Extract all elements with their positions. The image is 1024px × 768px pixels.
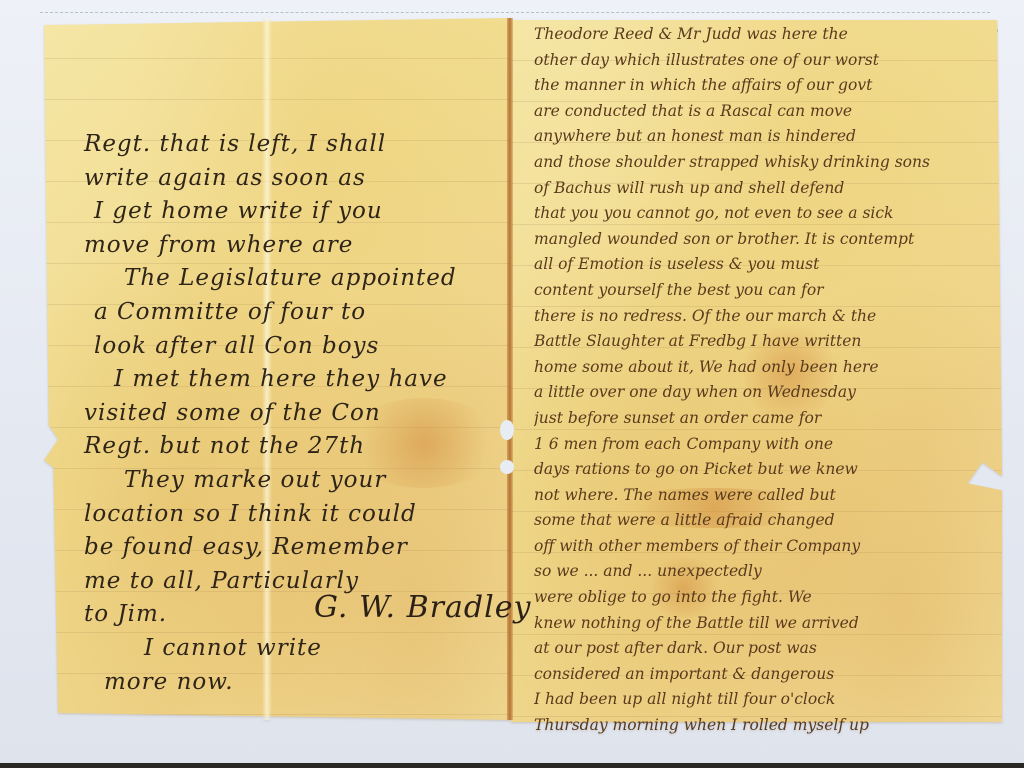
text-line: The Legislature appointed [84,262,484,296]
text-line: home some about it, We had only been her… [534,355,1004,381]
fold-hole [500,460,514,474]
text-line: Regt. but not the 27th [84,430,484,464]
text-line: there is no redress. Of the our march & … [534,304,1004,330]
text-line: were oblige to go into the fight. We [534,585,1004,611]
text-line: be found easy, Remember [84,531,484,565]
text-line: at our post after dark. Our post was [534,636,1004,662]
text-line: that you you cannot go, not even to see … [534,201,1004,227]
text-line: content yourself the best you can for [534,278,1004,304]
text-line: anywhere but an honest man is hindered [534,124,1004,150]
text-line: some that were a little afraid changed [534,508,1004,534]
bottom-edge [0,763,1024,768]
text-line: Regt. that is left, I shall [84,128,484,162]
text-line: location so I think it could [84,498,484,532]
text-line: off with other members of their Company [534,534,1004,560]
text-line: of Bachus will rush up and shell defend [534,176,1004,202]
text-line: knew nothing of the Battle till we arriv… [534,611,1004,637]
text-line: and those shoulder strapped whisky drink… [534,150,1004,176]
text-line: mangled wounded son or brother. It is co… [534,227,1004,253]
text-line: considered an important & dangerous [534,662,1004,688]
text-line: not where. The names were called but [534,483,1004,509]
text-line: Theodore Reed & Mr Judd was here the [534,22,1004,48]
text-line: all of Emotion is useless & you must [534,252,1004,278]
scan-edge-line [40,12,990,14]
text-line: more now. [84,666,484,700]
text-line: I had been up all night till four o'cloc… [534,687,1004,713]
signature: G. W. Bradley [314,590,531,625]
text-line: I get home write if you [84,195,484,229]
text-line: Battle Slaughter at Fredbg I have writte… [534,329,1004,355]
right-page-text: Theodore Reed & Mr Judd was here the oth… [534,22,1004,739]
text-line: days rations to go on Picket but we knew [534,457,1004,483]
text-line: visited some of the Con [84,397,484,431]
letter-sheet: Regt. that is left, I shall write again … [44,18,1002,720]
text-line: They marke out your [84,464,484,498]
text-line: a little over one day when on Wednesday [534,380,1004,406]
text-line: Thursday morning when I rolled myself up [534,713,1004,739]
text-line: a Committe of four to [84,296,484,330]
text-line: write again as soon as [84,162,484,196]
text-line: so we ... and ... unexpectedly [534,559,1004,585]
text-line: the manner in which the affairs of our g… [534,73,1004,99]
text-line: 1 6 men from each Company with one [534,432,1004,458]
text-line: I met them here they have [84,363,484,397]
text-line: are conducted that is a Rascal can move [534,99,1004,125]
text-line: I cannot write [84,632,484,666]
text-line: move from where are [84,229,484,263]
text-line: other day which illustrates one of our w… [534,48,1004,74]
text-line: just before sunset an order came for [534,406,1004,432]
text-line: look after all Con boys [84,330,484,364]
